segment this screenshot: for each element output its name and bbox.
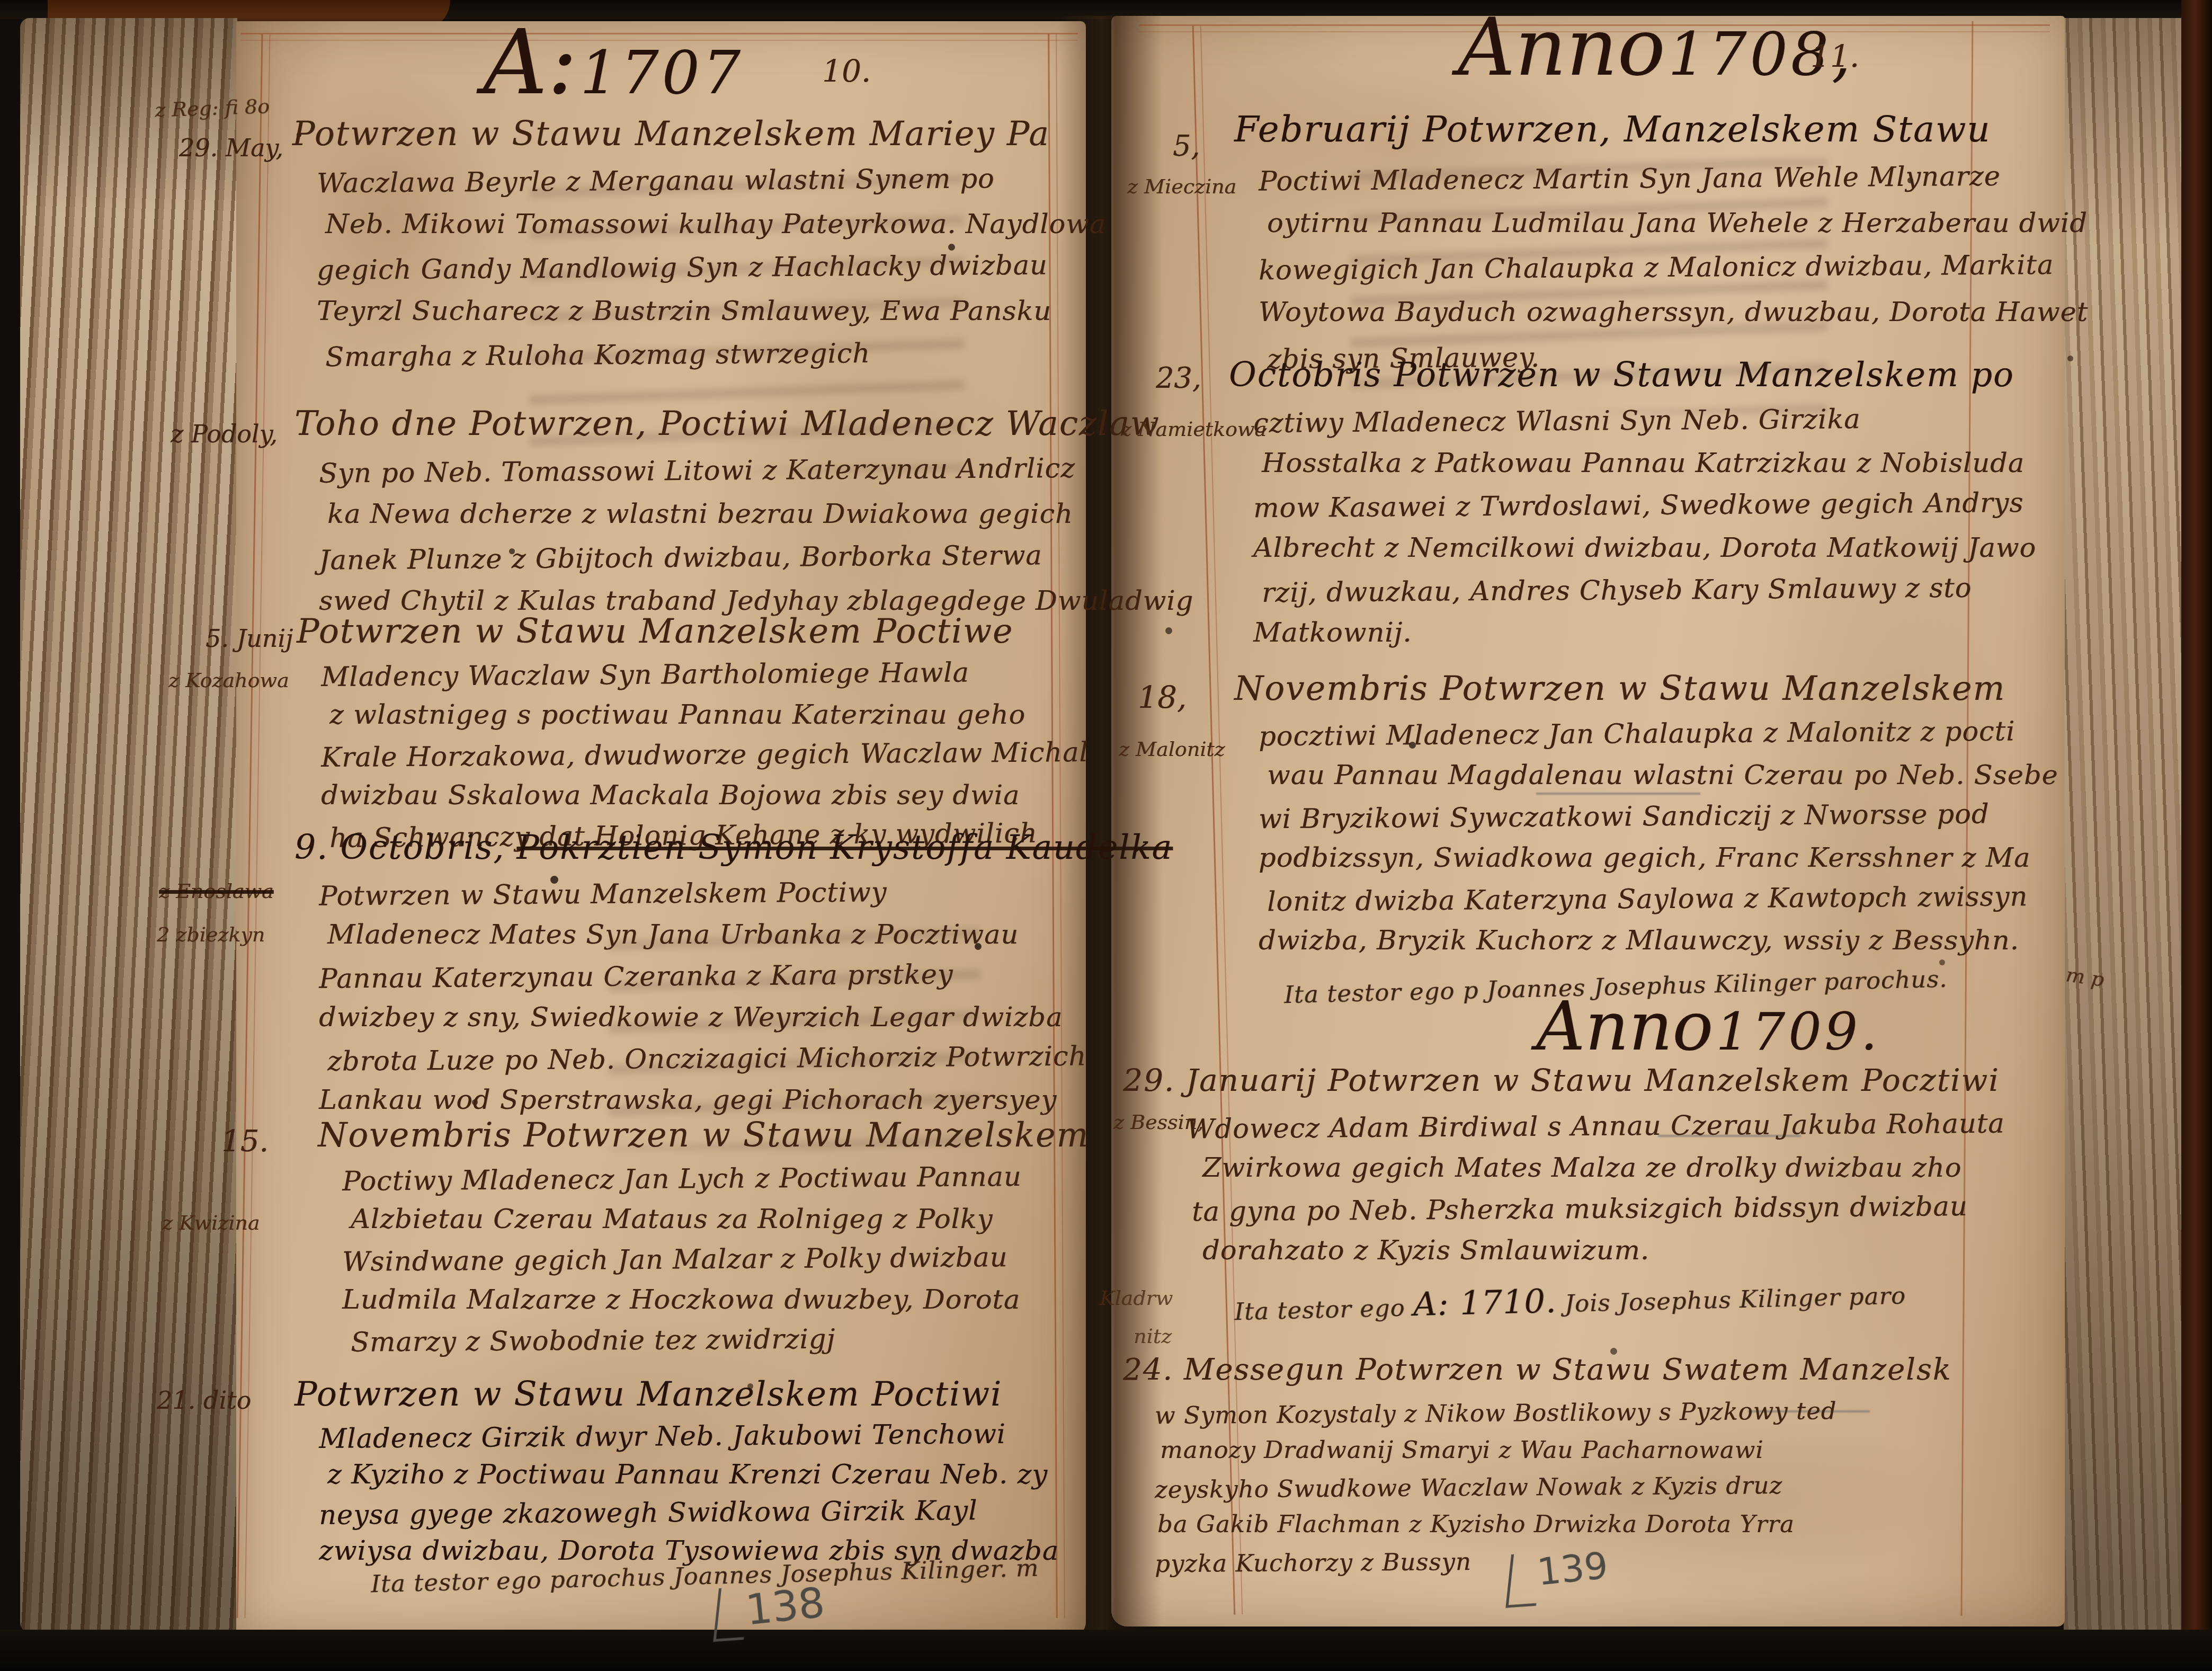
entry-line: Alzbietau Czerau Mataus za Rolnigeg z Po…	[351, 1199, 1089, 1240]
entry-line: podbizssyn, Swiadkowa gegich, Franc Kers…	[1259, 838, 2058, 879]
entry-1707-same-day: Toho dne Potwrzen, Poctiwi Mladenecz Wac…	[295, 398, 1193, 623]
entry-line: zeyskyho Swudkowe Waczlaw Nowak z Kyzis …	[1155, 1466, 1952, 1509]
entry-line: Mladency Waczlaw Syn Bartholomiege Hawla	[321, 652, 1089, 698]
entry-line: Octobris Potwrzen w Stawu Manzelskem po	[1229, 350, 2036, 400]
entry-1707-oct-9: 9. Octobris, Pokrztien Symon Krystoffa K…	[295, 822, 1173, 1121]
entry-1707-may-29: Potwrzen w Stawu Manzelskem Mariey Pa Wa…	[292, 109, 1106, 377]
entry-line: Krale Horzakowa, dwudworze gegich Waczla…	[321, 733, 1089, 778]
pencil-folio-right: 139	[1535, 1543, 1610, 1594]
entry-line: rzij, dwuzkau, Andres Chyseb Kary Smlauw…	[1262, 567, 2037, 615]
entry-line: Syn po Neb. Tomassowi Litowi z Katerzyna…	[319, 446, 1194, 496]
entry-line-struck: 9. Octobris, Pokrztien Symon Krystoffa K…	[295, 822, 1173, 873]
entry-line: Novembris Potwrzen w Stawu Manzelskem	[1234, 663, 2058, 714]
entry-line: ta gyna po Neb. Psherzka muksizgich bids…	[1192, 1186, 2005, 1233]
entry-line: wi Bryzikowi Sywczatkowi Sandiczij z Nwo…	[1259, 794, 2058, 841]
entry-1708-nov-18: Novembris Potwrzen w Stawu Manzelskem po…	[1234, 663, 2058, 962]
margin-date: 21. dito	[157, 1386, 251, 1415]
entry-line: Wsindwane gegich Jan Malzar z Polky dwiz…	[342, 1237, 1090, 1283]
margin-place: z Kwizina	[162, 1211, 260, 1234]
entry-1709-jan-29: 29. Januarij Potwrzen w Stawu Manzelskem…	[1123, 1054, 2005, 1272]
entry-1708-feb-5: Februarij Potwrzen, Manzelskem Stawu Poc…	[1234, 102, 2088, 379]
margin-place: z Kozahowa	[168, 669, 289, 692]
entry-line: Wdowecz Adam Birdiwal s Annau Czerau Jak…	[1187, 1104, 2005, 1151]
entry-line: Neb. Mikowi Tomassowi kulhay Pateyrkowa.…	[325, 203, 1106, 246]
margin-place: z Malonitz	[1119, 737, 1225, 761]
entry-line: Smarzy z Swobodnie tez zwidrzigj	[351, 1318, 1090, 1363]
margin-date: 23,	[1156, 361, 1201, 395]
right-page-number: 11.	[1810, 38, 1859, 74]
year-number: 1707	[580, 39, 744, 108]
year-initial: A:	[483, 11, 577, 114]
entry-line: Mladenecz Girzik dwyr Neb. Jakubowi Tenc…	[319, 1415, 1059, 1459]
entry-line: dwizbau Sskalowa Mackala Bojowa zbis sey…	[321, 776, 1089, 816]
margin-place-struck: z Enoslawa	[159, 879, 274, 903]
entry-line: Zwirkowa gegich Mates Malza ze drolky dw…	[1202, 1148, 2005, 1189]
entry-line: gegich Gandy Mandlowig Syn z Hachlacky d…	[317, 244, 1107, 292]
entry-line: Ludmila Malzarze z Hoczkowa dwuzbey, Dor…	[342, 1280, 1089, 1320]
entry-line: wau Pannau Magdalenau wlastni Czerau po …	[1267, 755, 2058, 796]
entry-line: 24. Messegun Potwrzen w Stawu Swatem Man…	[1123, 1346, 1952, 1394]
register-note: z Reg: fi 8o	[154, 94, 270, 122]
entry-line: Teyrzl Sucharecz z Bustrzin Smlauwey, Ew…	[317, 290, 1106, 333]
entry-line: dorahzato z Kyzis Smlauwizum.	[1202, 1230, 2005, 1272]
entry-1707-jun-5: Potwrzen w Stawu Manzelskem Poctiwe Mlad…	[297, 608, 1089, 856]
entry-line: Poctiwi Mladenecz Martin Syn Jana Wehle …	[1259, 154, 2089, 205]
right-year2-heading: Anno 1709.	[1536, 995, 1880, 1062]
book-bottom-edge	[0, 1630, 2212, 1671]
margin-date: 29. May,	[179, 134, 283, 162]
attestation-pre: Ita testor ego	[1234, 1294, 1406, 1326]
entry-line: Potwrzen w Stawu Manzelskem Mariey Pa	[292, 109, 1106, 159]
entry-line: Potwrzen w Stawu Manzelskem Poctiwi	[295, 1371, 1059, 1418]
attestation-post: Jois Josephus Kilinger paro	[1564, 1282, 1906, 1318]
right-year-heading: Anno 1708,	[1458, 16, 1854, 89]
entry-1707-nov-15: Novembris Potwrzen w Stawu Manzelskem Po…	[318, 1112, 1089, 1361]
margin-note: 2 zbiezkyn	[157, 923, 265, 946]
entry-line: pocztiwi Mladenecz Jan Chalaupka z Malon…	[1259, 711, 2058, 758]
margin-note: Kladrw	[1100, 1286, 1173, 1310]
entry-line: Mladenecz Mates Syn Jana Urbanka z Poczt…	[327, 914, 1173, 956]
entry-line: Pannau Katerzynau Czeranka z Kara prstke…	[319, 953, 1173, 1000]
entry-line: oytirnu Pannau Ludmilau Jana Wehele z He…	[1267, 201, 2088, 246]
pencil-folio-left: 138	[744, 1579, 827, 1634]
entry-line: dwizba, Bryzik Kuchorz z Mlauwczy, wssiy…	[1259, 920, 2058, 962]
margin-place: z Podoly,	[171, 420, 278, 448]
entry-line: Janek Plunze z Gbijtoch dwizbau, Borbork…	[319, 533, 1194, 583]
entry-line: Novembris Potwrzen w Stawu Manzelskem	[318, 1112, 1089, 1159]
date-prefix: 9. Octobris,	[295, 828, 505, 867]
entry-1710-may-24: 24. Messegun Potwrzen w Stawu Swatem Man…	[1123, 1346, 1952, 1580]
entry-line: Woytowa Bayduch ozwagherssyn, dwuzbau, D…	[1259, 290, 2088, 335]
entry-line: Februarij Potwrzen, Manzelskem Stawu	[1234, 102, 2088, 157]
entry-line: Hosstalka z Patkowau Pannau Katrzizkau z…	[1262, 442, 2036, 485]
entry-line: w Symon Kozystaly z Nikow Bostlikowy s P…	[1155, 1392, 1952, 1435]
year-word: Anno	[1458, 2, 1665, 94]
entry-1708-oct-23: Octobris Potwrzen w Stawu Manzelskem po …	[1229, 350, 2036, 654]
entry-line: Smargha z Ruloha Kozmag stwrzegich	[325, 331, 1107, 379]
entry-line: 29. Januarij Potwrzen w Stawu Manzelskem…	[1123, 1054, 2005, 1106]
attestation-year: A: 1710.	[1413, 1282, 1557, 1324]
margin-date: 15.	[221, 1124, 269, 1159]
entry-line: z Kyziho z Poctiwau Pannau Krenzi Czerau…	[327, 1456, 1059, 1494]
entry-line: zbrota Luze po Neb. Onczizagici Michorzi…	[327, 1035, 1173, 1082]
struck-text: Pokrztien Symon Krystoffa Kaudelka	[516, 828, 1173, 867]
margin-note: nitz	[1134, 1325, 1172, 1348]
entry-line: Poctiwy Mladenecz Jan Lych z Poctiwau Pa…	[342, 1157, 1090, 1202]
entry-line: Potwrzen w Stawu Manzelskem Poctiwy	[319, 870, 1173, 917]
year-number: 1709.	[1716, 1002, 1880, 1062]
entry-line: neysa gyege zkazowegh Swidkowa Girzik Ka…	[319, 1491, 1059, 1535]
left-year-heading: A: 1707	[483, 31, 744, 108]
entry-line: Toho dne Potwrzen, Poctiwi Mladenecz Wac…	[295, 398, 1193, 449]
entry-line: mow Kasawei z Twrdoslawi, Swedkowe gegic…	[1253, 482, 2037, 530]
entry-line: kowegigich Jan Chalaupka z Malonicz dwiz…	[1259, 243, 2089, 294]
entry-line: Potwrzen w Stawu Manzelskem Poctiwe	[297, 608, 1089, 655]
manuscript-book-spread: z Reg: fi 8o A: 1707 10. 29. May, Potwrz…	[0, 0, 2212, 1671]
entry-line: lonitz dwizba Katerzyna Saylowa z Kawtop…	[1267, 876, 2058, 923]
margin-place: z Mieczina	[1127, 175, 1236, 198]
left-page-number: 10.	[822, 53, 871, 89]
entry-line: ka Newa dcherze z wlastni bezrau Dwiakow…	[327, 493, 1193, 536]
entry-line: manozy Dradwanij Smaryi z Wau Pacharnowa…	[1160, 1432, 1952, 1469]
entry-line: z wlastnigeg s poctiwau Pannau Katerzina…	[329, 695, 1089, 735]
entry-line: Matkownij.	[1253, 612, 2036, 654]
entry-line: cztiwy Mladenecz Wlasni Syn Neb. Girzika	[1253, 397, 2037, 445]
margin-date: 5. Junij	[206, 624, 293, 653]
entry-line: ba Gakib Flachman z Kyzisho Drwizka Doro…	[1157, 1506, 1952, 1543]
margin-date: 18,	[1138, 679, 1187, 715]
entry-line: Waczlawa Beyrle z Merganau wlastni Synem…	[317, 157, 1107, 206]
entry-1707-dec-21: Potwrzen w Stawu Manzelskem Poctiwi Mlad…	[295, 1371, 1059, 1570]
entry-line: Albrecht z Nemcilkowi dwizbau, Dorota Ma…	[1253, 527, 2036, 570]
margin-date: 5,	[1173, 129, 1200, 163]
entry-line: dwizbey z sny, Swiedkowie z Weyrzich Leg…	[319, 997, 1173, 1038]
leather-cover-right	[2181, 0, 2212, 1671]
